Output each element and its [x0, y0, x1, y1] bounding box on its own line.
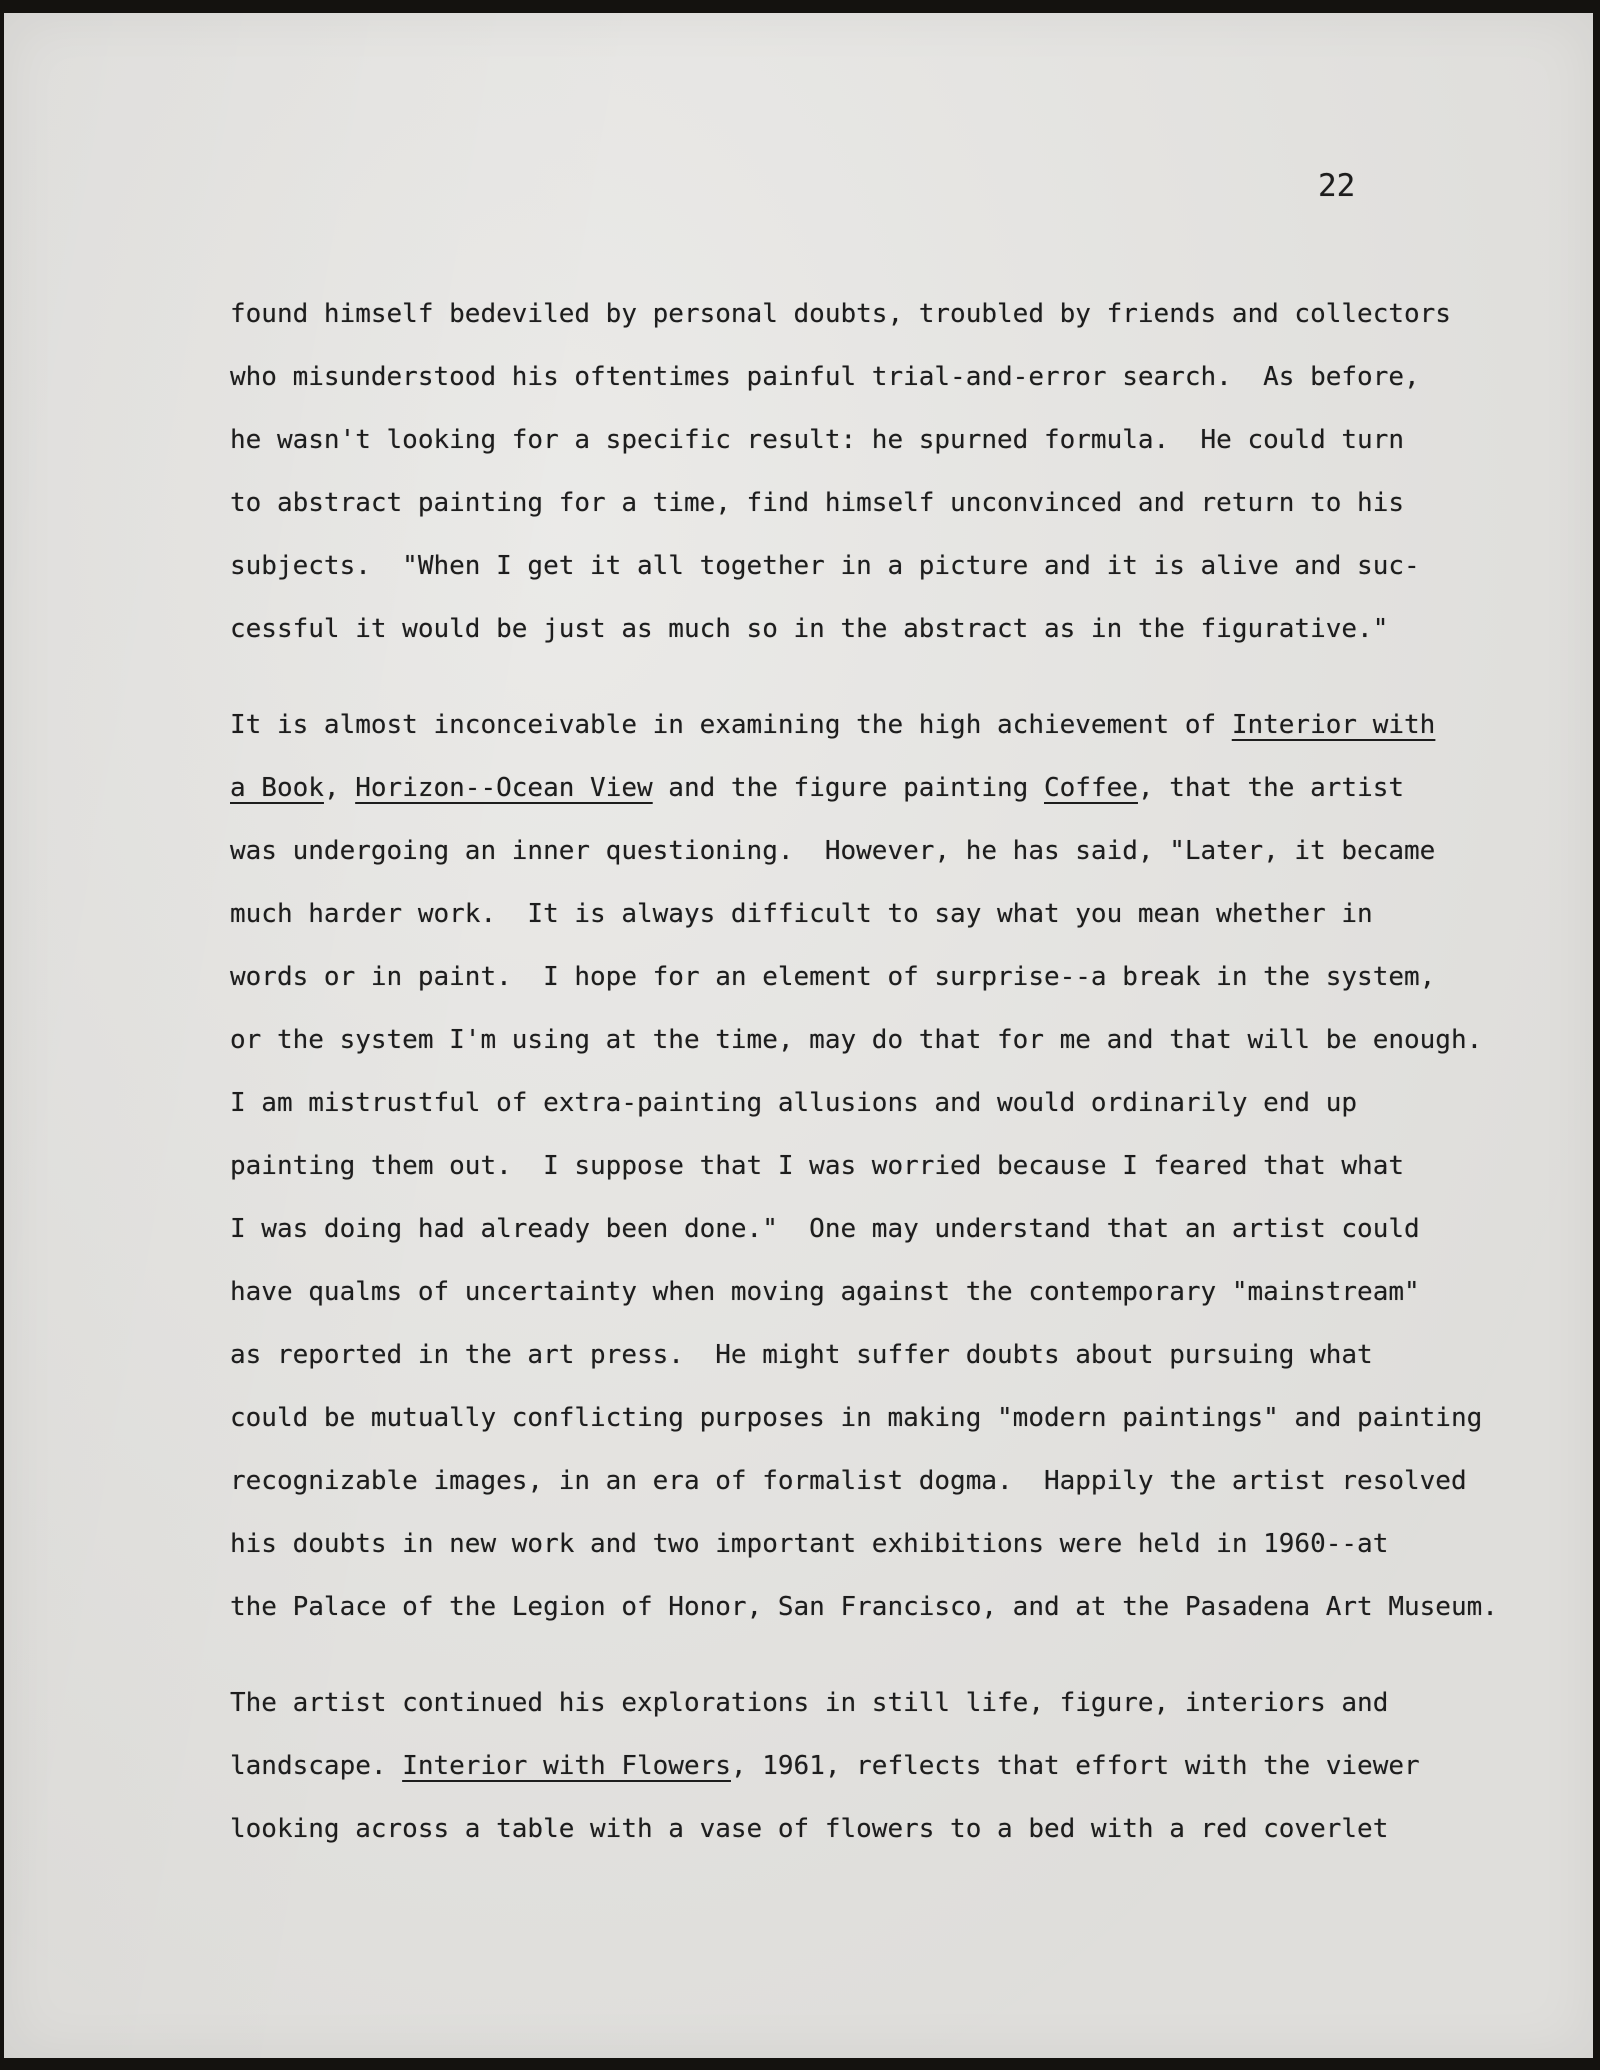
text-line: or the system I'm using at the time, may…	[230, 1009, 1520, 1072]
text-line: subjects. "When I get it all together in…	[230, 535, 1520, 598]
text-line: have qualms of uncertainty when moving a…	[230, 1261, 1520, 1324]
text-line: the Palace of the Legion of Honor, San F…	[230, 1576, 1520, 1639]
text-segment: found himself bedeviled by personal doub…	[230, 299, 1451, 329]
text-line: as reported in the art press. He might s…	[230, 1324, 1520, 1387]
text-segment: to abstract painting for a time, find hi…	[230, 488, 1404, 518]
text-segment: or the system I'm using at the time, may…	[230, 1025, 1482, 1055]
underlined-title: Interior with	[1232, 710, 1436, 740]
text-segment: I am mistrustful of extra-painting allus…	[230, 1088, 1357, 1118]
text-segment: subjects. "When I get it all together in…	[230, 551, 1420, 581]
text-line: he wasn't looking for a specific result:…	[230, 409, 1520, 472]
text-segment: the Palace of the Legion of Honor, San F…	[230, 1592, 1498, 1622]
document-page: 22 found himself bedeviled by personal d…	[4, 13, 1593, 2058]
text-segment: and the figure painting	[653, 773, 1044, 803]
scan-border: 22 found himself bedeviled by personal d…	[0, 0, 1600, 2070]
text-line: much harder work. It is always difficult…	[230, 883, 1520, 946]
text-line: who misunderstood his oftentimes painful…	[230, 346, 1520, 409]
document-body: found himself bedeviled by personal doub…	[230, 283, 1520, 1861]
underlined-title: Horizon--Ocean View	[355, 773, 652, 803]
text-segment: he wasn't looking for a specific result:…	[230, 425, 1404, 455]
text-line: painting them out. I suppose that I was …	[230, 1135, 1520, 1198]
text-segment: words or in paint. I hope for an element…	[230, 962, 1435, 992]
text-line: recognizable images, in an era of formal…	[230, 1450, 1520, 1513]
text-segment: landscape.	[230, 1751, 402, 1781]
text-line: his doubts in new work and two important…	[230, 1513, 1520, 1576]
text-line: looking across a table with a vase of fl…	[230, 1798, 1520, 1861]
underlined-title: Coffee	[1044, 773, 1138, 803]
text-segment: , 1961, reflects that effort with the vi…	[731, 1751, 1420, 1781]
text-line: It is almost inconceivable in examining …	[230, 694, 1520, 757]
text-segment: recognizable images, in an era of formal…	[230, 1466, 1467, 1496]
paragraph: It is almost inconceivable in examining …	[230, 694, 1520, 1639]
text-line: cessful it would be just as much so in t…	[230, 598, 1520, 661]
text-line: to abstract painting for a time, find hi…	[230, 472, 1520, 535]
text-segment: The artist continued his explorations in…	[230, 1688, 1388, 1718]
text-line: landscape. Interior with Flowers, 1961, …	[230, 1735, 1520, 1798]
text-segment: his doubts in new work and two important…	[230, 1529, 1388, 1559]
text-segment: have qualms of uncertainty when moving a…	[230, 1277, 1420, 1307]
text-segment: cessful it would be just as much so in t…	[230, 614, 1388, 644]
text-segment: , that the artist	[1138, 773, 1404, 803]
text-line: could be mutually conflicting purposes i…	[230, 1387, 1520, 1450]
paragraph: The artist continued his explorations in…	[230, 1672, 1520, 1861]
page-number: 22	[1318, 169, 1355, 203]
text-line: I was doing had already been done." One …	[230, 1198, 1520, 1261]
text-segment: looking across a table with a vase of fl…	[230, 1814, 1388, 1844]
text-segment: was undergoing an inner questioning. How…	[230, 836, 1435, 866]
text-line: was undergoing an inner questioning. How…	[230, 820, 1520, 883]
text-line: I am mistrustful of extra-painting allus…	[230, 1072, 1520, 1135]
text-segment: as reported in the art press. He might s…	[230, 1340, 1373, 1370]
text-segment: much harder work. It is always difficult…	[230, 899, 1373, 929]
text-line: The artist continued his explorations in…	[230, 1672, 1520, 1735]
underlined-title: Interior with Flowers	[402, 1751, 731, 1781]
text-line: words or in paint. I hope for an element…	[230, 946, 1520, 1009]
text-segment: ,	[324, 773, 355, 803]
text-segment: could be mutually conflicting purposes i…	[230, 1403, 1482, 1433]
underlined-title: a Book	[230, 773, 324, 803]
paragraph: found himself bedeviled by personal doub…	[230, 283, 1520, 661]
text-line: found himself bedeviled by personal doub…	[230, 283, 1520, 346]
text-segment: who misunderstood his oftentimes painful…	[230, 362, 1420, 392]
text-segment: It is almost inconceivable in examining …	[230, 710, 1232, 740]
text-segment: I was doing had already been done." One …	[230, 1214, 1420, 1244]
text-segment: painting them out. I suppose that I was …	[230, 1151, 1404, 1181]
text-line: a Book, Horizon--Ocean View and the figu…	[230, 757, 1520, 820]
